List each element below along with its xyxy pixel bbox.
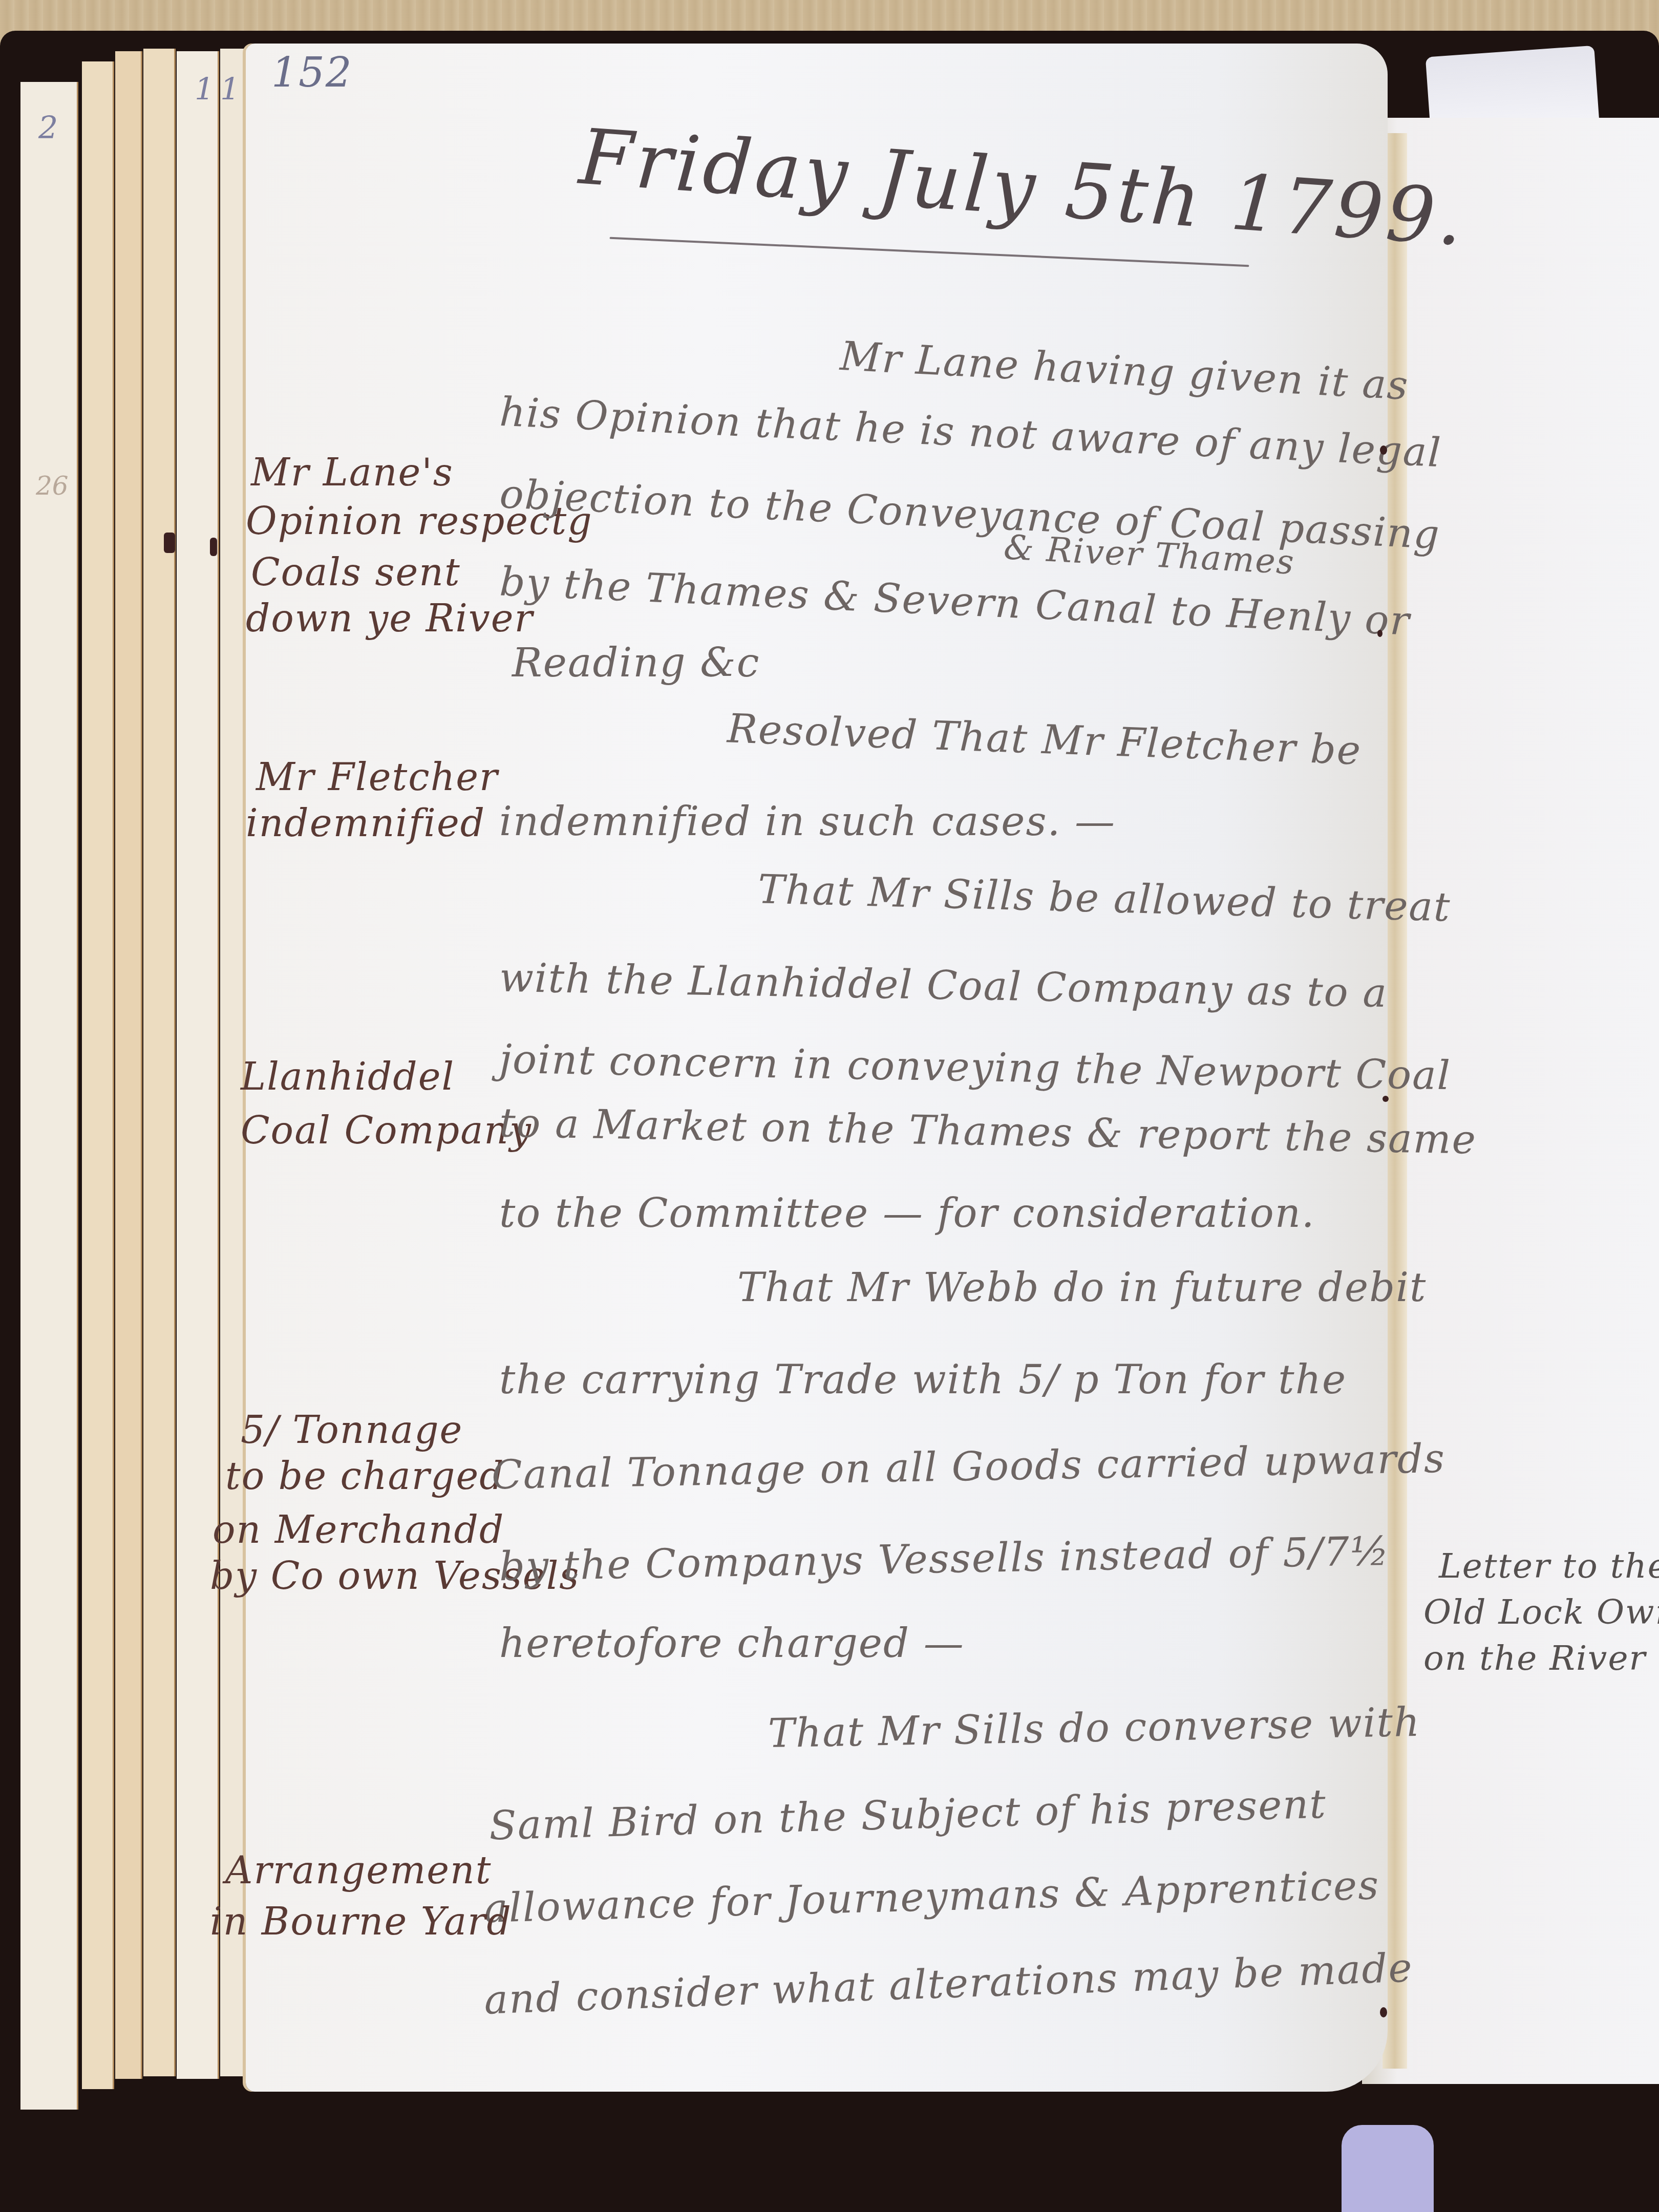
margin-note: in Bourne Yard (210, 1900, 512, 1944)
ink-blot (210, 538, 217, 556)
margin-note: Mr Lane's (251, 451, 454, 495)
note-line: on the River (1423, 1639, 1646, 1678)
page-edge (177, 51, 219, 2079)
cloth-underlay (1342, 2125, 1434, 2212)
edge-page-number: 2 (38, 110, 58, 146)
margin-note: Arrangement (225, 1848, 492, 1892)
page-edge (20, 82, 78, 2110)
ink-speck (1377, 630, 1382, 637)
note-line: Old Lock Owners (1423, 1592, 1659, 1632)
margin-note: down ye River (246, 597, 534, 641)
body-line: indemnified in such cases. — (499, 799, 1116, 845)
margin-note: to be charged (225, 1454, 505, 1498)
margin-note: Llanhiddel (241, 1055, 455, 1099)
margin-note: Mr Fletcher (256, 755, 498, 799)
margin-note: on Merchandd (212, 1508, 504, 1552)
page-edge (82, 61, 114, 2089)
edge-page-number: 1 (220, 72, 240, 108)
body-line: That Mr Webb do in future debit (737, 1265, 1427, 1311)
margin-note: indemnified (246, 801, 485, 845)
ink-speck (1382, 1096, 1389, 1102)
note-line: Letter to the (1439, 1546, 1659, 1586)
body-line: the carrying Trade with 5/ p Ton for the (499, 1357, 1347, 1403)
ink-speck (1380, 2007, 1387, 2017)
margin-note: Coals sent (251, 550, 461, 594)
page-edge (143, 49, 176, 2076)
body-line: heretofore charged — (499, 1621, 965, 1667)
page-number: 152 (271, 49, 353, 96)
margin-note: 5/ Tonnage (241, 1408, 463, 1452)
edge-page-number: 26 (36, 471, 69, 501)
margin-note: Coal Company (241, 1109, 532, 1153)
ink-speck (1380, 445, 1387, 455)
body-line: Reading &c (512, 640, 760, 686)
ink-blot (164, 533, 175, 553)
body-line: to the Committee — for consideration. (499, 1190, 1315, 1237)
page-edge (115, 51, 142, 2079)
edge-page-number: 1 (195, 72, 214, 108)
